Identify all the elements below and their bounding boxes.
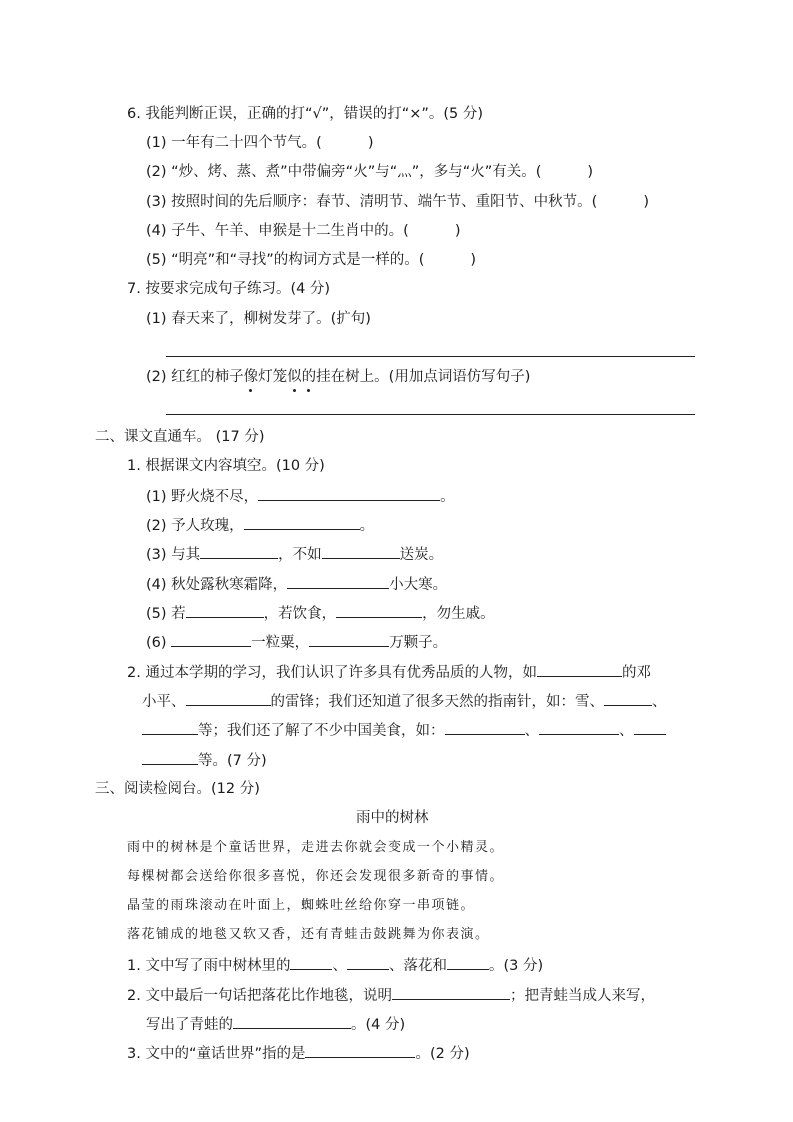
text-part: 送炭。 — [400, 547, 444, 563]
s2-q1-item-5: (5) 若，若饮食，，勿生戚。 — [146, 603, 495, 624]
s2-q2-line-2: 小平、的雷锋；我们还知道了很多天然的指南针，如：雪、、 — [142, 691, 667, 712]
q6-item-5: (5) “明亮”和“寻找”的构词方式是一样的。() — [146, 250, 476, 270]
passage-line: 晶莹的雨珠滚动在叶面上，蜘蛛吐丝给你穿一串项链。 — [127, 896, 475, 916]
q7-item-2: (2) 红红的柿子像灯笼似的挂在树上。(用加点词语仿写句子) — [146, 367, 530, 387]
text-part: 。 — [360, 518, 375, 534]
fill-blank[interactable] — [347, 955, 389, 970]
text-part: 予人玫瑰， — [171, 518, 244, 534]
fill-blank[interactable] — [200, 544, 278, 559]
fill-blank[interactable] — [142, 750, 198, 765]
fill-blank[interactable] — [171, 632, 251, 647]
fill-blank[interactable] — [392, 985, 510, 1000]
text-part: 、落花和 — [389, 958, 447, 974]
s3-question-2-line-2: 写出了青蛙的。(4 分) — [146, 1014, 405, 1035]
text-part: 野火烧不尽， — [171, 489, 258, 505]
s3-question-1: 1. 文中写了雨中树林里的、、落花和。(3 分) — [127, 955, 543, 976]
fill-blank[interactable] — [634, 720, 666, 735]
s2-q1-item-6: (6) 一粒粟，万颗子。 — [146, 632, 447, 653]
text-part: 。(3 分) — [489, 958, 543, 974]
text-part: 1. 文中写了雨中树林里的 — [127, 958, 290, 974]
s3-question-3: 3. 文中的“童话世界”指的是。(2 分) — [127, 1043, 470, 1064]
item-number: (2) — [146, 369, 167, 385]
text-part: ，勿生戚。 — [422, 606, 495, 622]
text-part: 红红的柿子 — [171, 369, 244, 385]
answer-line-7-1[interactable] — [166, 356, 695, 357]
item-number: (1) — [146, 311, 167, 327]
item-number: (5) — [146, 252, 167, 268]
q6-item-1: (1) 一年有二十四个节气。() — [146, 133, 373, 153]
item-number: (1) — [146, 489, 167, 505]
fill-blank[interactable] — [258, 486, 440, 501]
fill-blank[interactable] — [233, 1014, 351, 1029]
dotted-char: 像 — [244, 367, 259, 387]
q6-item-2: (2) “炒、烤、蒸、煮”中带偏旁“火”与“灬”，多与“火”有关。() — [146, 162, 593, 182]
item-number: (6) — [146, 635, 167, 651]
text-part: 2. 通过本学期的学习，我们认识了许多具有优秀品质的人物，如 — [127, 665, 537, 681]
q7-item-1: (1) 春天来了，柳树发芽了。(扩句) — [146, 309, 371, 329]
item-text: 子牛、午羊、申猴是十二生肖中的。( — [171, 223, 409, 239]
item-number: (4) — [146, 577, 167, 593]
passage-line: 落花铺成的地毯又软又香，还有青蛙击鼓跳舞为你表演。 — [127, 925, 490, 945]
item-text: 红红的柿子像灯笼似的挂在树上。(用加点词语仿写句子) — [171, 369, 530, 385]
s2-q2-line-4: 等。(7 分) — [142, 750, 267, 771]
fill-blank[interactable] — [290, 955, 332, 970]
q6-item-4: (4) 子牛、午羊、申猴是十二生肖中的。() — [146, 221, 460, 241]
s2-q2-line-3: 等；我们还了解了不少中国美食，如：、、 — [142, 720, 666, 741]
section-2-heading: 二、课文直通车。 (17 分) — [95, 427, 264, 447]
fill-blank[interactable] — [287, 574, 389, 589]
s2-q2-line-1: 2. 通过本学期的学习，我们认识了许多具有优秀品质的人物，如的邓 — [127, 662, 651, 683]
fill-blank[interactable] — [186, 603, 264, 618]
passage-line: 雨中的树林是个童话世界，走进去你就会变成一个小精灵。 — [127, 838, 504, 858]
q6-item-3: (3) 按照时间的先后顺序：春节、清明节、端午节、重阳节、中秋节。() — [146, 192, 649, 212]
item-number: (3) — [146, 194, 167, 210]
text-part: 若 — [171, 606, 186, 622]
close-paren: ) — [587, 164, 593, 180]
text-part: 小平、 — [142, 694, 186, 710]
close-paren: ) — [643, 194, 649, 210]
question-7-stem: 7. 按要求完成句子练习。(4 分) — [127, 279, 330, 299]
text-part: 。(4 分) — [351, 1017, 405, 1033]
fill-blank[interactable] — [539, 720, 619, 735]
item-number: (3) — [146, 547, 167, 563]
s2-question-1-stem: 1. 根据课文内容填空。(10 分) — [127, 456, 325, 476]
text-part: 。 — [440, 489, 455, 505]
item-number: (2) — [146, 518, 167, 534]
text-part: 与其 — [171, 547, 200, 563]
item-number: (1) — [146, 135, 167, 151]
s2-q1-item-1: (1) 野火烧不尽，。 — [146, 486, 455, 507]
text-part: ；把青蛙当成人来写， — [510, 988, 655, 1004]
text-part: 、 — [619, 723, 634, 739]
passage-title: 雨中的树林 — [356, 808, 429, 828]
text-part: 灯笼 — [258, 369, 287, 385]
dotted-char: 似 — [287, 367, 302, 387]
text-part: 一粒粟， — [251, 635, 309, 651]
passage-line: 每棵树都会送给你很多喜悦，你还会发现很多新奇的事情。 — [127, 867, 504, 887]
item-number: (5) — [146, 606, 167, 622]
text-part: 2. 文中最后一句话把落花比作地毯，说明 — [127, 988, 392, 1004]
fill-blank[interactable] — [309, 632, 389, 647]
question-6-stem: 6. 我能判断正误，正确的打“√”，错误的打“×”。(5 分) — [127, 104, 483, 124]
text-part: ，若饮食， — [264, 606, 337, 622]
fill-blank[interactable] — [445, 720, 525, 735]
fill-blank[interactable] — [244, 515, 360, 530]
text-part: 写出了青蛙的 — [146, 1017, 233, 1033]
item-text: 春天来了，柳树发芽了。(扩句) — [171, 311, 371, 327]
text-part: 万颗子。 — [389, 635, 447, 651]
s3-question-2-line-1: 2. 文中最后一句话把落花比作地毯，说明；把青蛙当成人来写， — [127, 985, 655, 1006]
fill-blank[interactable] — [186, 691, 271, 706]
item-number: (4) — [146, 223, 167, 239]
close-paren: ) — [455, 223, 461, 239]
text-part: 3. 文中的“童话世界”指的是 — [127, 1046, 305, 1062]
text-part: 等；我们还了解了不少中国美食，如： — [198, 723, 445, 739]
text-part: 。(2 分) — [415, 1046, 469, 1062]
fill-blank[interactable] — [537, 662, 622, 677]
item-text: “明亮”和“寻找”的构词方式是一样的。( — [171, 252, 424, 268]
text-part: 的邓 — [622, 665, 651, 681]
text-part: 秋处露秋寒霜降， — [171, 577, 287, 593]
text-part: 、 — [652, 694, 667, 710]
s2-q1-item-4: (4) 秋处露秋寒霜降，小大寒。 — [146, 574, 447, 595]
text-part: 挂在树上。(用加点词语仿写句子) — [316, 369, 530, 385]
text-part: 小大寒。 — [389, 577, 447, 593]
answer-line-7-2[interactable] — [166, 414, 695, 415]
fill-blank[interactable] — [447, 955, 489, 970]
item-text: “炒、烤、蒸、煮”中带偏旁“火”与“灬”，多与“火”有关。( — [171, 164, 541, 180]
fill-blank[interactable] — [305, 1043, 415, 1058]
dotted-char: 的 — [302, 367, 317, 387]
section-3-heading: 三、阅读检阅台。(12 分) — [95, 779, 260, 799]
item-number: (2) — [146, 164, 167, 180]
item-text: 按照时间的先后顺序：春节、清明节、端午节、重阳节、中秋节。( — [171, 194, 597, 210]
s2-q1-item-3: (3) 与其，不如送炭。 — [146, 544, 443, 565]
text-part: ，不如 — [278, 547, 322, 563]
text-part: 等。(7 分) — [198, 753, 267, 769]
item-text: 一年有二十四个节气。( — [171, 135, 322, 151]
close-paren: ) — [368, 135, 374, 151]
fill-blank[interactable] — [604, 691, 652, 706]
text-part: 、 — [332, 958, 347, 974]
text-part: 、 — [525, 723, 540, 739]
s2-q1-item-2: (2) 予人玫瑰，。 — [146, 515, 374, 536]
fill-blank[interactable] — [336, 603, 422, 618]
fill-blank[interactable] — [322, 544, 400, 559]
text-part: 的雷锋；我们还知道了很多天然的指南针，如：雪、 — [271, 694, 605, 710]
fill-blank[interactable] — [142, 720, 198, 735]
close-paren: ) — [470, 252, 476, 268]
